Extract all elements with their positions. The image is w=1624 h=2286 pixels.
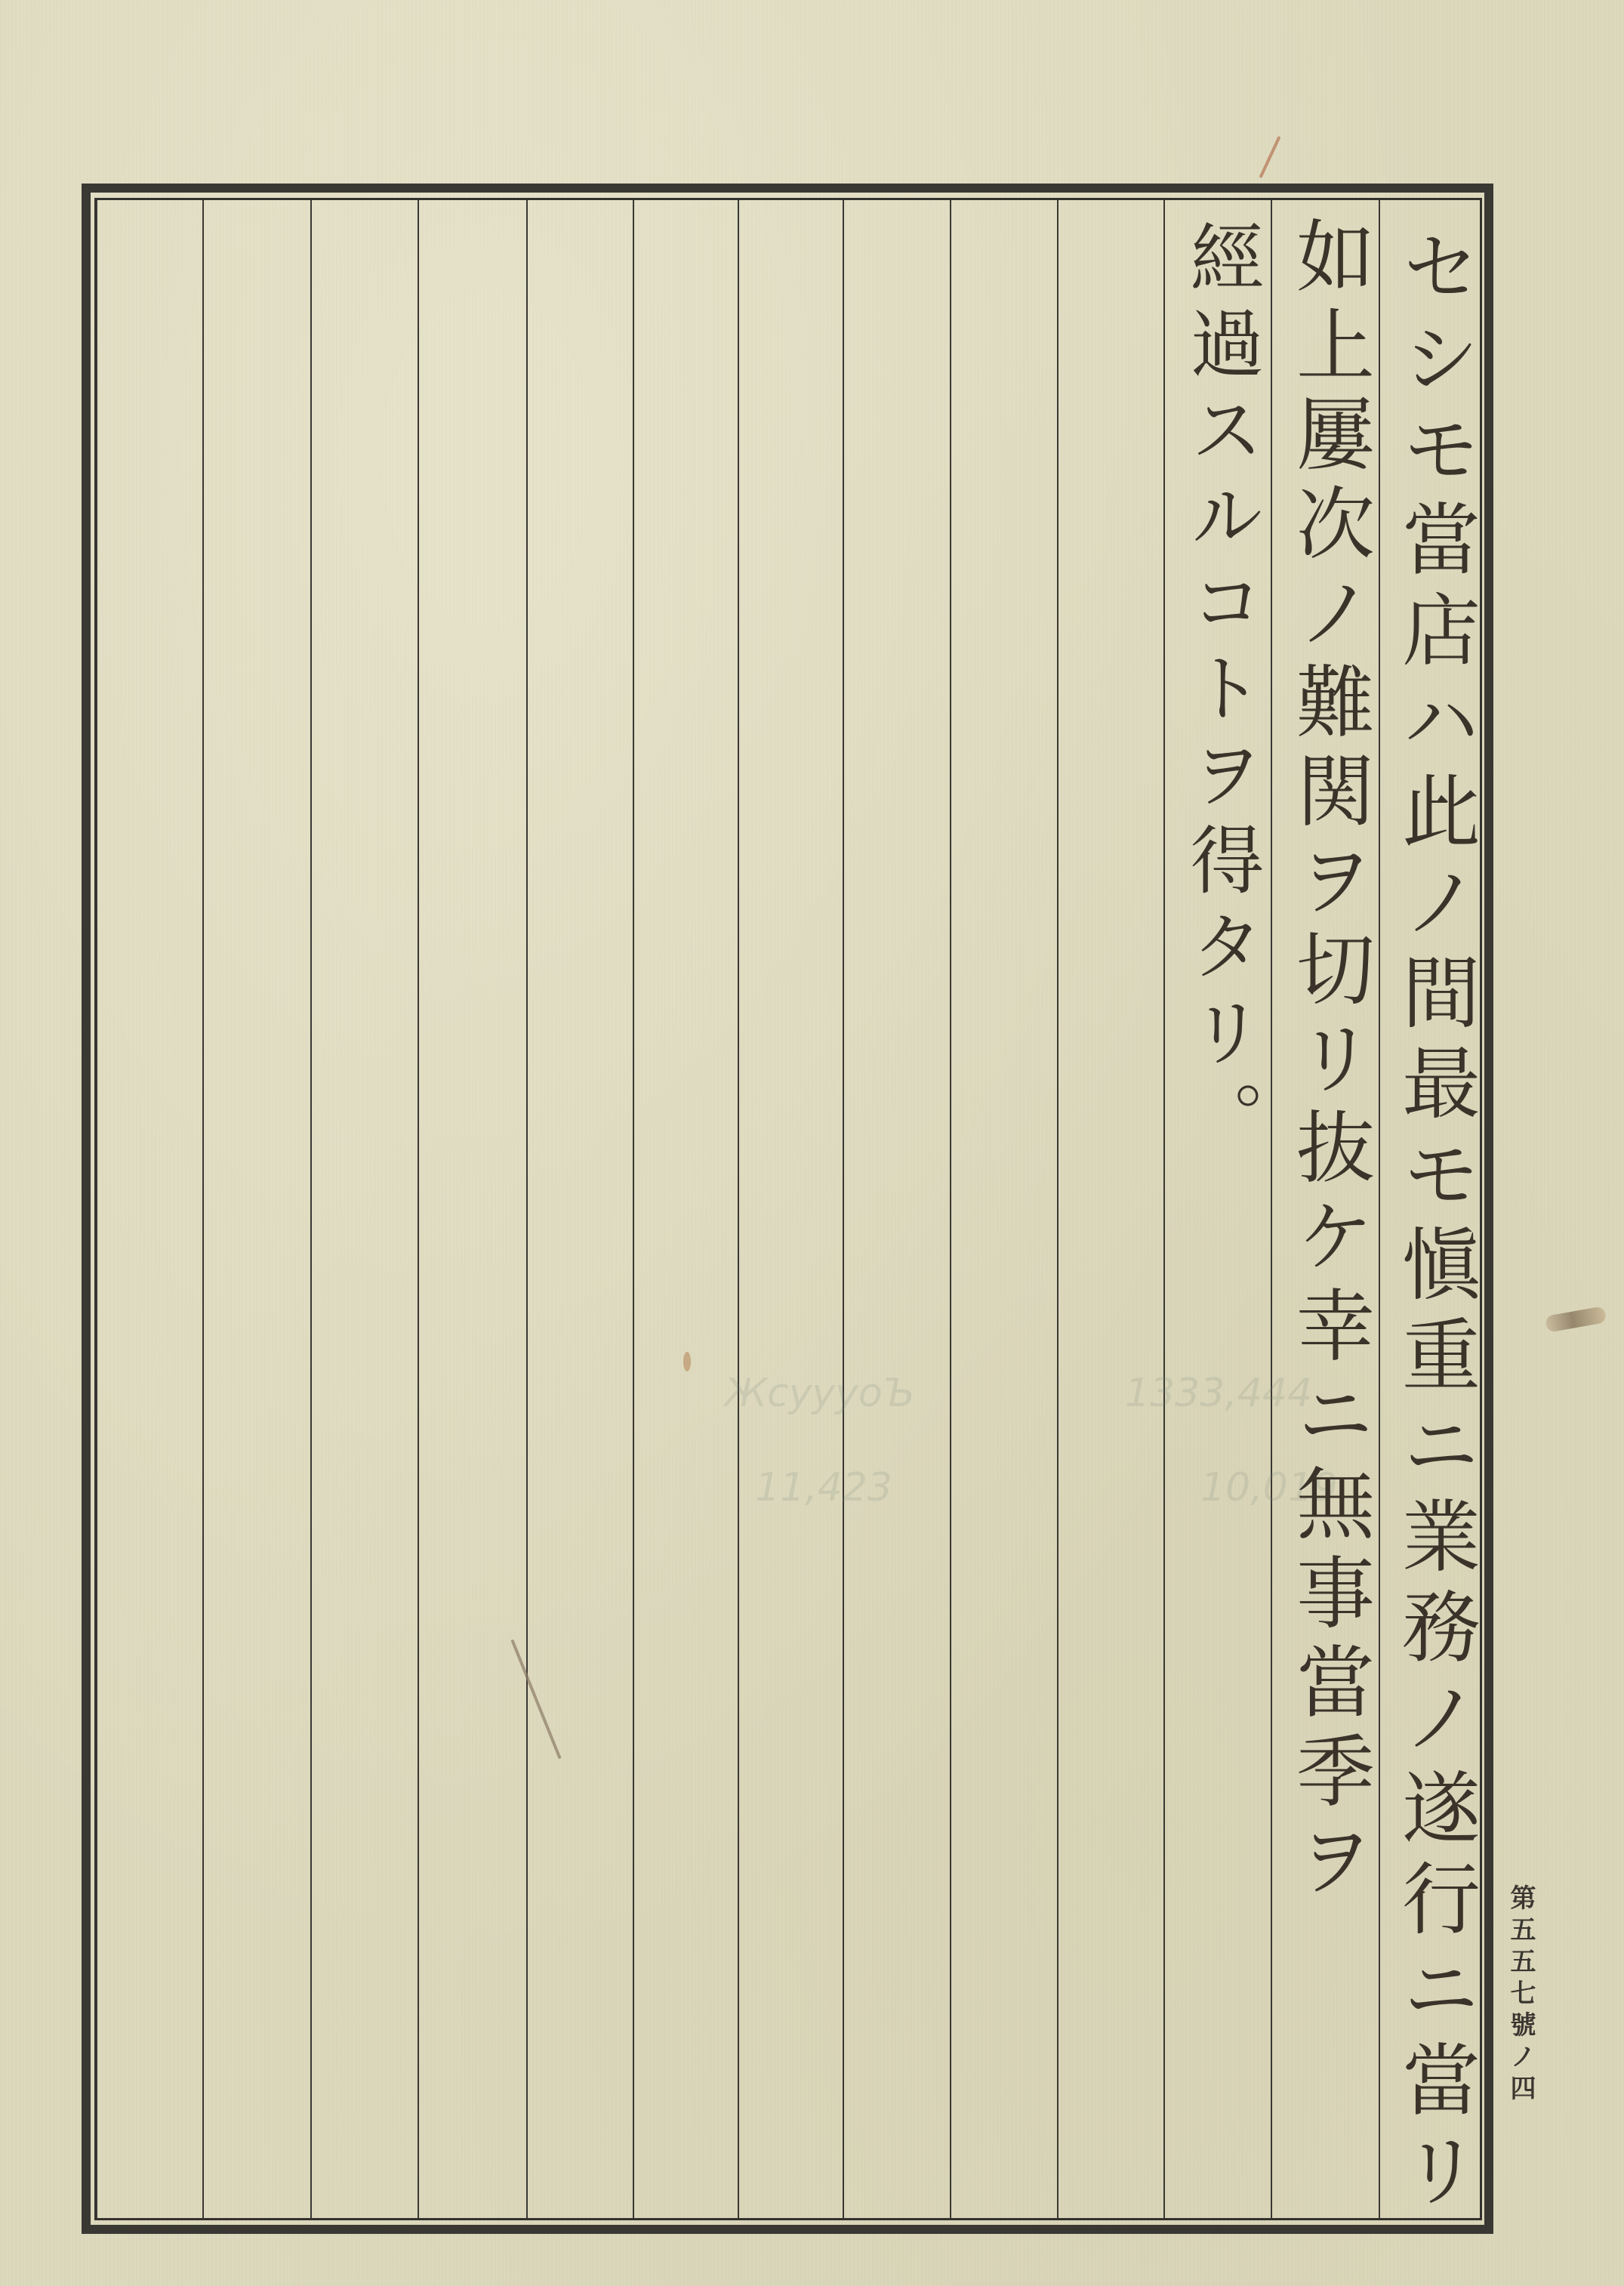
ledger-page: ЖсуууоЪ 1333,444 11,423 10,019 セシモ當店ハ此ノ間… — [0, 0, 1624, 2286]
column-rule — [843, 200, 844, 2218]
column-rule — [738, 200, 739, 2218]
page-number: 第五五七號ノ四 — [1502, 1884, 1539, 2106]
column-rule — [1057, 200, 1059, 2218]
bleed-through-text: ЖсуууоЪ — [725, 1371, 915, 1416]
column-rule — [526, 200, 528, 2218]
handwritten-column-1: セシモ當店ハ此ノ間最モ愼重ニ業務ノ遂行ニ當リ — [1395, 227, 1474, 2220]
column-rule — [950, 200, 951, 2218]
bleed-through-text: 11,423 — [755, 1465, 892, 1510]
column-rule — [202, 200, 204, 2218]
column-rule — [633, 200, 634, 2218]
inner-border — [94, 198, 1482, 2220]
staple-mark-icon — [1545, 1306, 1607, 1333]
column-rule — [1379, 200, 1380, 2218]
column-rule — [96, 200, 97, 2218]
column-rule — [1163, 200, 1165, 2218]
red-pencil-mark — [1259, 136, 1281, 178]
paper-stain — [683, 1352, 691, 1371]
handwritten-column-2: 如上屢次ノ難関ヲ切リ抜ケ幸ニ無事當季ヲ — [1290, 215, 1368, 1908]
column-rule — [310, 200, 312, 2218]
column-rule — [418, 200, 419, 2218]
column-rule — [1271, 200, 1272, 2218]
handwritten-column-3: 經過スルコトヲ得タリ。 — [1184, 219, 1258, 1166]
